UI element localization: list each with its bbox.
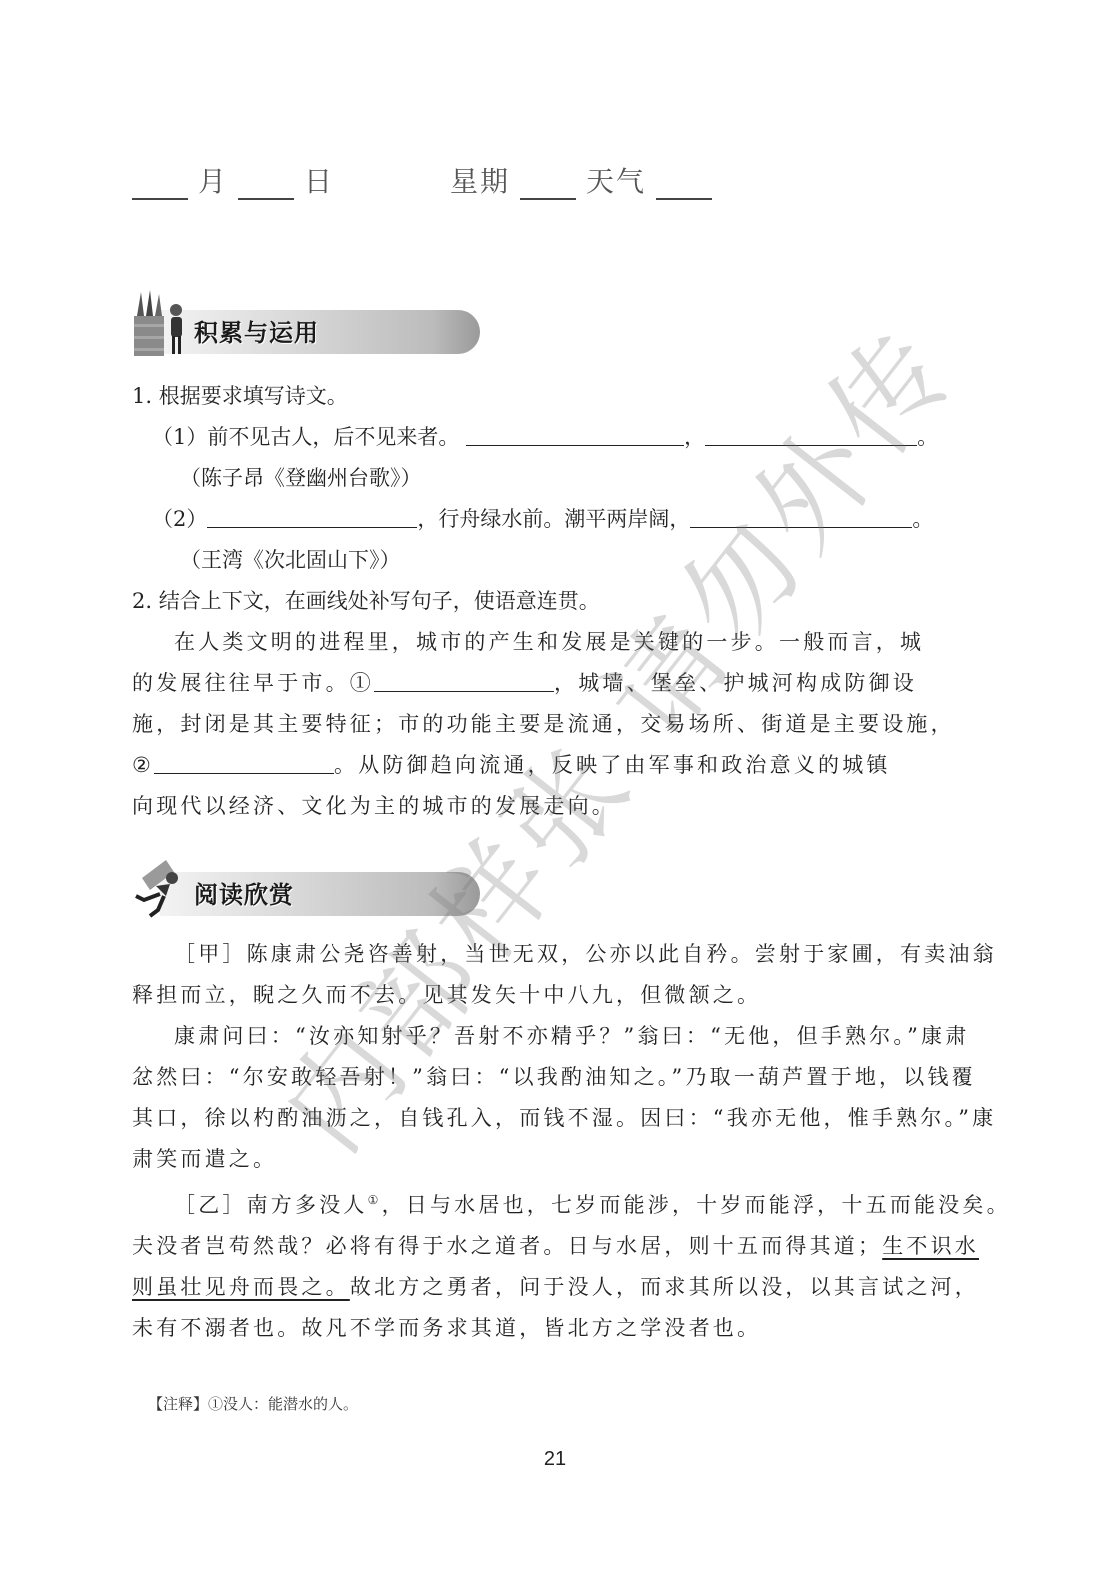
footnote: 【注释】①没人：能潜水的人。 (148, 1393, 358, 1414)
q1-item2-text: ，行舟绿水前。潮平两岸阔， (417, 507, 690, 531)
passage-text: 故北方之勇者，问于没人，而求其所以没，以其言试之河， (350, 1275, 979, 1299)
q2-stem: 2. 结合上下文，在画线处补写句子，使语意连贯。 (132, 581, 962, 622)
passage-yi-line: ［乙］南方多没人①，日与水居也，七岁而能涉，十岁而能浮，十五而能没矣。 (132, 1180, 962, 1226)
answer-blank-1[interactable] (374, 667, 554, 692)
q2-line: 向现代以经济、文化为主的城市的发展走向。 (132, 786, 962, 827)
day-label: 日 (304, 160, 334, 200)
period: 。 (917, 425, 938, 449)
q1-item2-source: （王湾《次北固山下》） (132, 540, 962, 581)
q2-line: ②。从防御趋向流通，反映了由军事和政治意义的城镇 (132, 745, 962, 786)
period: 。 (912, 507, 933, 531)
answer-blank[interactable] (466, 421, 684, 446)
passage-jia-line: 忿然曰：“尔安敢轻吾射！”翁曰：“以我酌油知之。”乃取一葫芦置于地，以钱覆 (132, 1057, 962, 1098)
passage-jia-line: ［甲］陈康肃公尧咨善射，当世无双，公亦以此自矜。尝射于家圃，有卖油翁 (132, 934, 962, 975)
passage-yi-line: 夫没者岂苟然哉？必将有得于水之道者。日与水居，则十五而得其道；生不识水 (132, 1226, 962, 1267)
pencil-cup-girl-icon (132, 288, 192, 358)
passage-text: 夫没者岂苟然哉？必将有得于水之道者。日与水居，则十五而得其道； (132, 1234, 882, 1258)
day-blank[interactable] (238, 168, 294, 200)
question-block: 1. 根据要求填写诗文。 （1）前不见古人，后不见来者。 ，。 （陈子昂《登幽州… (132, 376, 962, 827)
passage-text: ［乙］南方多没人 (174, 1193, 368, 1217)
weekday-label: 星期 (450, 160, 510, 200)
q1-item1-text: 前不见古人，后不见来者。 (207, 425, 459, 449)
q1-item2-number: （2） (152, 507, 207, 531)
q2-text: 。从防御趋向流通，反映了由军事和政治意义的城镇 (334, 753, 891, 777)
passage-jia-line: 释担而立，睨之久而不去。见其发矢十中八九，但微颔之。 (132, 975, 962, 1016)
answer-blank[interactable] (690, 503, 912, 528)
q2-text: 的发展往往早于市。① (132, 671, 374, 695)
answer-blank-2[interactable] (154, 749, 334, 774)
passage-yi-line: 则虽壮见舟而畏之。故北方之勇者，问于没人，而求其所以没，以其言试之河， (132, 1267, 962, 1308)
underlined-sentence: 生不识水 (882, 1234, 979, 1258)
q1-item1-number: （1） (152, 425, 207, 449)
section-title: 阅读欣赏 (194, 875, 294, 910)
comma: ， (684, 425, 705, 449)
q1-item1: （1）前不见古人，后不见来者。 ，。 (132, 417, 962, 458)
section-title: 积累与运用 (194, 313, 319, 348)
q2-line: 的发展往往早于市。①，城墙、堡垒、护城河构成防御设 (132, 663, 962, 704)
running-boy-book-icon (132, 856, 200, 920)
footnote-marker: ① (368, 1193, 382, 1207)
q2-line: 施，封闭是其主要特征；市的功能主要是流通，交易场所、街道是主要设施， (132, 704, 962, 745)
weather-blank[interactable] (656, 168, 712, 200)
section-header-reading: 阅读欣赏 (132, 850, 362, 920)
passage-jia-line: 肃笑而遣之。 (132, 1139, 962, 1180)
answer-blank[interactable] (705, 421, 917, 446)
passage-text: ，日与水居也，七岁而能涉，十岁而能浮，十五而能没矣。 (382, 1193, 1011, 1217)
month-label: 月 (198, 160, 228, 200)
date-line: 月 日 星期 天气 (132, 160, 712, 200)
q1-item2: （2），行舟绿水前。潮平两岸阔，。 (132, 499, 962, 540)
month-blank[interactable] (132, 168, 188, 200)
passage-jia-line: 康肃问曰：“汝亦知射乎？吾射不亦精乎？”翁曰：“无他，但手熟尔。”康肃 (132, 1016, 962, 1057)
section-header-accumulation: 积累与运用 (132, 288, 362, 358)
underlined-sentence: 则虽壮见舟而畏之。 (132, 1275, 350, 1299)
reading-passages: ［甲］陈康肃公尧咨善射，当世无双，公亦以此自矜。尝射于家圃，有卖油翁 释担而立，… (132, 934, 962, 1349)
q2-line: 在人类文明的进程里，城市的产生和发展是关键的一步。一般而言，城 (132, 622, 962, 663)
q1-stem: 1. 根据要求填写诗文。 (132, 376, 962, 417)
weekday-blank[interactable] (520, 168, 576, 200)
passage-jia-line: 其口，徐以杓酌油沥之，自钱孔入，而钱不湿。因曰：“我亦无他，惟手熟尔。”康 (132, 1098, 962, 1139)
q2-text: ，城墙、堡垒、护城河构成防御设 (554, 671, 917, 695)
q1-item1-source: （陈子昂《登幽州台歌》） (132, 458, 962, 499)
workbook-page: 月 日 星期 天气 积累与运用 1. 根据要求填写诗文。 （1）前不见古人 (0, 0, 1110, 1571)
weather-label: 天气 (586, 160, 646, 200)
page-number: 21 (0, 1448, 1110, 1471)
answer-blank[interactable] (207, 503, 417, 528)
q2-text: ② (132, 753, 154, 777)
passage-yi-line: 未有不溺者也。故凡不学而务求其道，皆北方之学没者也。 (132, 1308, 962, 1349)
